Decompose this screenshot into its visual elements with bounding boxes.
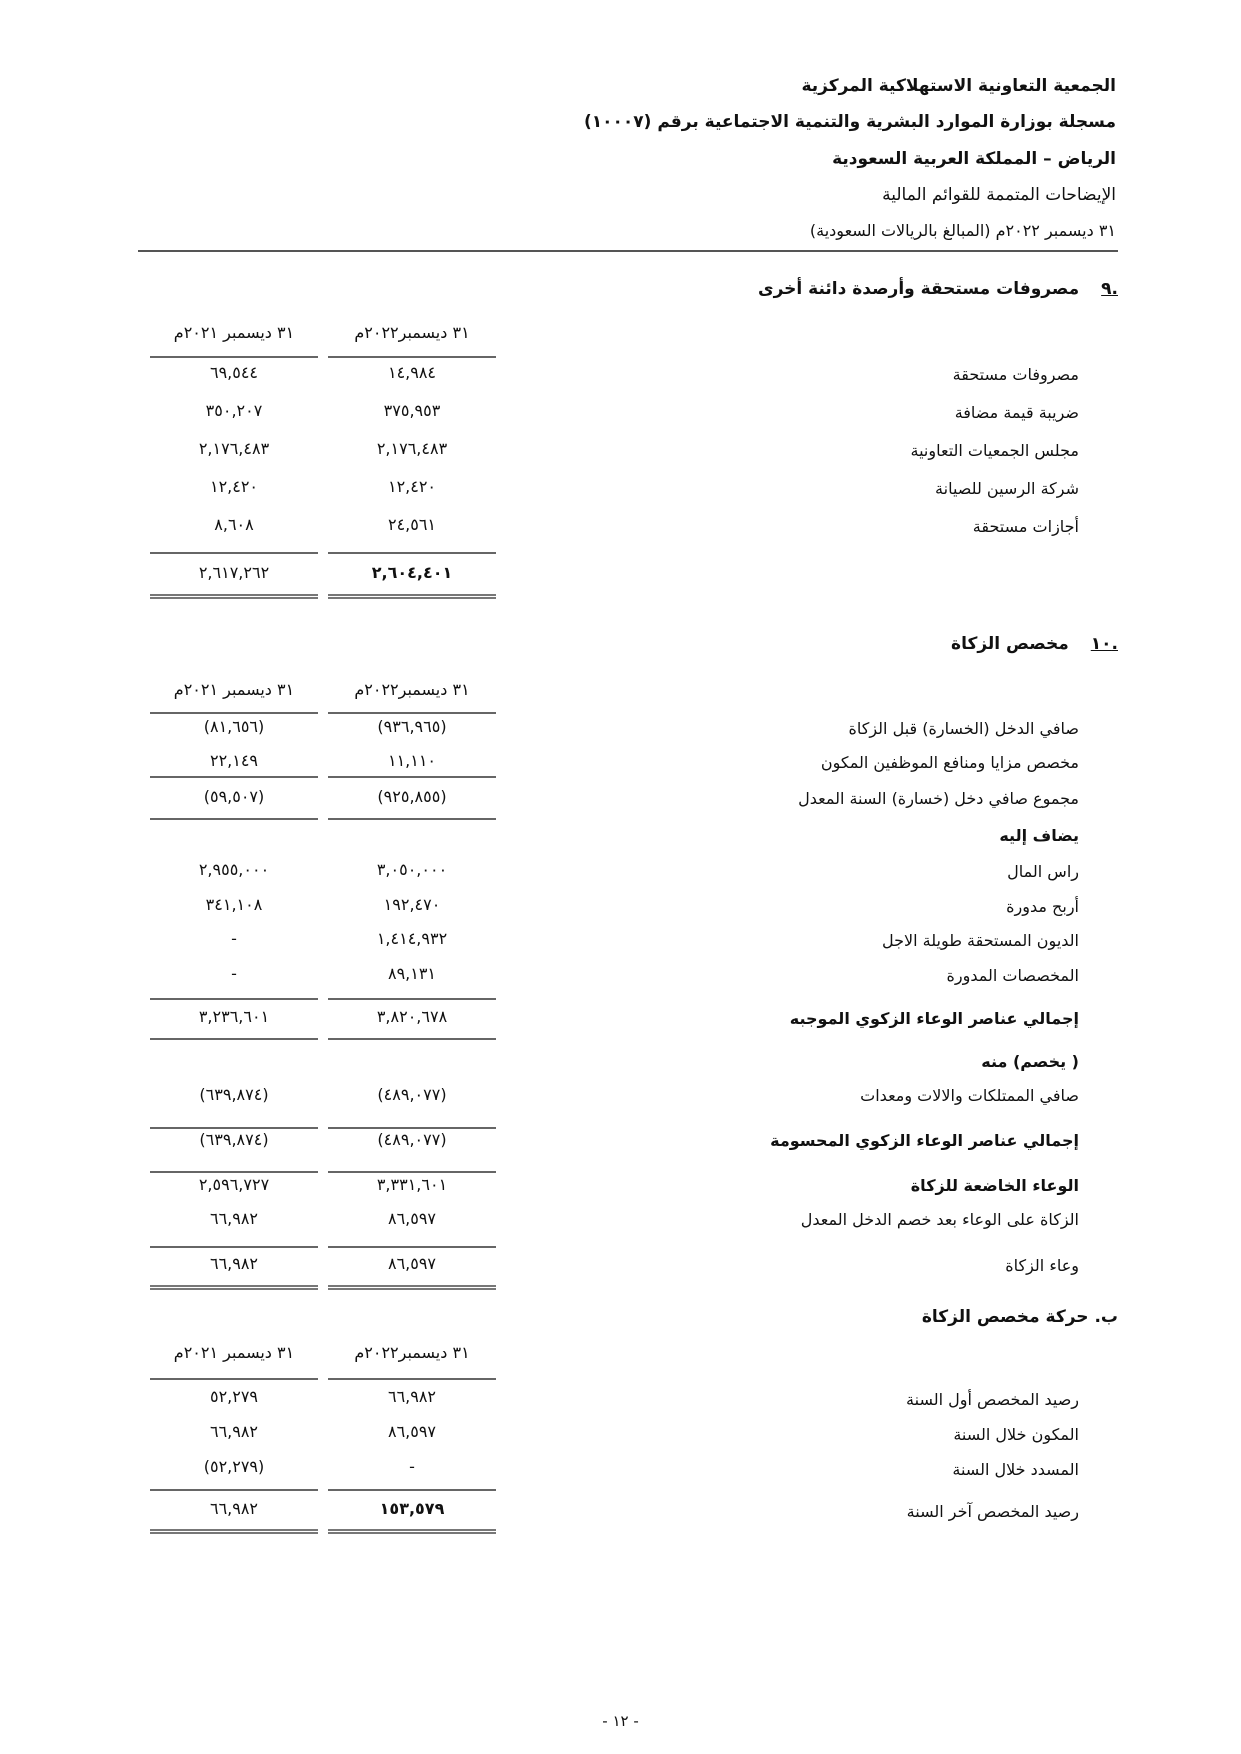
subtotal-line [150,1246,318,1248]
col-header-2022: ٣١ ديسمبر٢٠٢٢م [328,1343,496,1362]
note10-row-prior: - [150,964,318,983]
note10-row-prior: (٨١,٦٥٦) [150,717,318,736]
subtotal-line [328,998,496,1000]
note10-row-current: (٤٨٩,٠٧٧) [328,1085,496,1104]
note10-row-current: (٩٣٦,٩٦٥) [328,717,496,736]
subtotal-line [328,552,496,554]
note10b-heading: ب. حركة مخصص الزكاة [922,1307,1118,1327]
note10-row-label: مخصص مزايا ومنافع الموظفين المكون [821,753,1079,772]
subtotal-line [150,1127,318,1129]
note9-total-prior: ٢,٦١٧,٢٦٢ [150,563,318,582]
note10-row-prior: ٢,٥٩٦,٧٢٧ [150,1175,318,1194]
note10-row-prior: ٣٤١,١٠٨ [150,895,318,914]
note9-row-current: ١٢,٤٢٠ [328,477,496,496]
col-header-2021: ٣١ ديسمبر ٢٠٢١م [150,680,318,699]
note10-row-prior: (٦٣٩,٨٧٤) [150,1130,318,1149]
note10-row-current: ١,٤١٤,٩٣٢ [328,929,496,948]
note9-number: .٩ [1101,279,1118,299]
note10-row-current: ٨٦,٥٩٧ [328,1209,496,1228]
total-double-line [328,1285,496,1290]
note10-row-prior: ٦٦,٩٨٢ [150,1254,318,1273]
subtotal-line [328,1171,496,1173]
period-line: ٣١ ديسمبر ٢٠٢٢م (المبالغ بالريالات السعو… [810,221,1116,240]
subtotal-line [328,818,496,820]
note9-row-label: مجلس الجمعيات التعاونية [911,441,1079,460]
subtotal-line [150,552,318,554]
col-header-2021: ٣١ ديسمبر ٢٠٢١م [150,323,318,342]
location-line: الرياض – المملكة العربية السعودية [832,149,1116,169]
note10b-row-prior: ٦٦,٩٨٢ [150,1422,318,1441]
col-underline [328,712,496,714]
note10b-row-prior: ٦٦,٩٨٢ [150,1499,318,1518]
note10b-row-label: المكون خلال السنة [953,1425,1079,1444]
col-header-2022: ٣١ ديسمبر٢٠٢٢م [328,680,496,699]
note10-row-prior: (٥٩,٥٠٧) [150,787,318,806]
total-double-line [150,1285,318,1290]
org-name: الجمعية التعاونية الاستهلاكية المركزية [801,76,1116,96]
note10b-row-label: المسدد خلال السنة [952,1460,1079,1479]
note10-row-prior: ٢,٩٥٥,٠٠٠ [150,860,318,879]
note9-row-prior: ٦٩,٥٤٤ [150,363,318,382]
note10-row-current: ٣,٣٣١,٦٠١ [328,1175,496,1194]
note10-row-label: صافي الممتلكات والالات ومعدات [860,1086,1079,1105]
col-underline [328,356,496,358]
subtotal-line [150,818,318,820]
registration-line: مسجلة بوزارة الموارد البشرية والتنمية ال… [584,112,1116,132]
note10-row-current: ١١,١١٠ [328,751,496,770]
col-header-2021: ٣١ ديسمبر ٢٠٢١م [150,1343,318,1362]
note10-row-prior: ٣,٢٣٦,٦٠١ [150,1007,318,1026]
note10-row-label: الوعاء الخاضعة للزكاة [911,1176,1079,1195]
note10-heading: .١٠مخصص الزكاة [951,634,1118,654]
note9-total-current: ٢,٦٠٤,٤٠١ [328,563,496,582]
note10-row-current: ٣,٠٥٠,٠٠٠ [328,860,496,879]
note9-row-current: ١٤,٩٨٤ [328,363,496,382]
note9-title: مصروفات مستحقة وأرصدة دائنة أخرى [758,279,1079,299]
subtotal-line [150,1038,318,1040]
note10-row-current: ٣,٨٢٠,٦٧٨ [328,1007,496,1026]
note10b-row-label: رصيد المخصص أول السنة [906,1390,1079,1409]
note10-row-label: الديون المستحقة طويلة الاجل [882,931,1079,950]
note9-row-prior: ٢,١٧٦,٤٨٣ [150,439,318,458]
note9-row-prior: ٣٥٠,٢٠٧ [150,401,318,420]
note10b-row-current: - [328,1457,496,1476]
note10-row-prior: (٦٣٩,٨٧٤) [150,1085,318,1104]
total-double-line [328,594,496,599]
note10b-row-label: رصيد المخصص آخر السنة [907,1502,1079,1521]
note10-number: .١٠ [1091,634,1118,654]
note10-row-label: المخصصات المدورة [947,966,1079,985]
note9-row-prior: ١٢,٤٢٠ [150,477,318,496]
note10-subheading-deduct: ( يخصم) منه [981,1052,1079,1071]
subtotal-line [328,776,496,778]
subtotal-line [150,1489,318,1491]
note9-row-current: ٣٧٥,٩٥٣ [328,401,496,420]
doc-title: الإيضاحات المتممة للقوائم المالية [882,185,1116,205]
note10-row-label: صافي الدخل (الخسارة) قبل الزكاة [848,719,1079,738]
note10-row-label: الزكاة على الوعاء بعد خصم الدخل المعدل [801,1210,1079,1229]
note10b-row-current: ٦٦,٩٨٢ [328,1387,496,1406]
note10-row-label: إجمالي عناصر الوعاء الزكوي الموجبه [790,1009,1079,1028]
note9-row-label: شركة الرسين للصيانة [935,479,1079,498]
note10-row-current: ١٩٢,٤٧٠ [328,895,496,914]
note10-row-label: مجموع صافي دخل (خسارة) السنة المعدل [798,789,1079,808]
col-underline [150,712,318,714]
note9-row-current: ٢,١٧٦,٤٨٣ [328,439,496,458]
total-double-line [150,594,318,599]
total-double-line [328,1529,496,1534]
note9-row-prior: ٨,٦٠٨ [150,515,318,534]
note9-heading: .٩مصروفات مستحقة وأرصدة دائنة أخرى [758,279,1118,299]
note10-row-current: (٩٢٥,٨٥٥) [328,787,496,806]
note9-row-label: ضريبة قيمة مضافة [955,403,1079,422]
subtotal-line [150,776,318,778]
col-underline [328,1378,496,1380]
note10-row-current: ٨٦,٥٩٧ [328,1254,496,1273]
note10-row-current: (٤٨٩,٠٧٧) [328,1130,496,1149]
note10-row-label: وعاء الزكاة [1005,1256,1079,1275]
col-underline [150,1378,318,1380]
subtotal-line [328,1489,496,1491]
note9-row-current: ٢٤,٥٦١ [328,515,496,534]
header-divider [138,250,1118,252]
note10-row-prior: - [150,929,318,948]
note10b-row-current: ٨٦,٥٩٧ [328,1422,496,1441]
col-header-2022: ٣١ ديسمبر٢٠٢٢م [328,323,496,342]
note10-row-prior: ٢٢,١٤٩ [150,751,318,770]
note10b-row-prior: (٥٢,٢٧٩) [150,1457,318,1476]
note10-row-current: ٨٩,١٣١ [328,964,496,983]
note10b-row-prior: ٥٢,٢٧٩ [150,1387,318,1406]
note10-row-label: راس المال [1007,862,1079,881]
col-underline [150,356,318,358]
note10-subheading-add: يضاف إليه [999,826,1079,845]
note10b-row-current: ١٥٣,٥٧٩ [328,1499,496,1518]
note10-row-prior: ٦٦,٩٨٢ [150,1209,318,1228]
subtotal-line [150,998,318,1000]
note10-title: مخصص الزكاة [951,634,1069,654]
document-page: الجمعية التعاونية الاستهلاكية المركزية م… [0,0,1241,1754]
subtotal-line [328,1246,496,1248]
page-number: - ١٢ - [0,1712,1241,1730]
note10-row-label: إجمالي عناصر الوعاء الزكوي المحسومة [770,1131,1079,1150]
note10-row-label: أربح مدورة [1006,897,1079,916]
note9-row-label: مصروفات مستحقة [953,365,1079,384]
subtotal-line [328,1038,496,1040]
subtotal-line [150,1171,318,1173]
total-double-line [150,1529,318,1534]
subtotal-line [328,1127,496,1129]
note9-row-label: أجازات مستحقة [973,517,1079,536]
